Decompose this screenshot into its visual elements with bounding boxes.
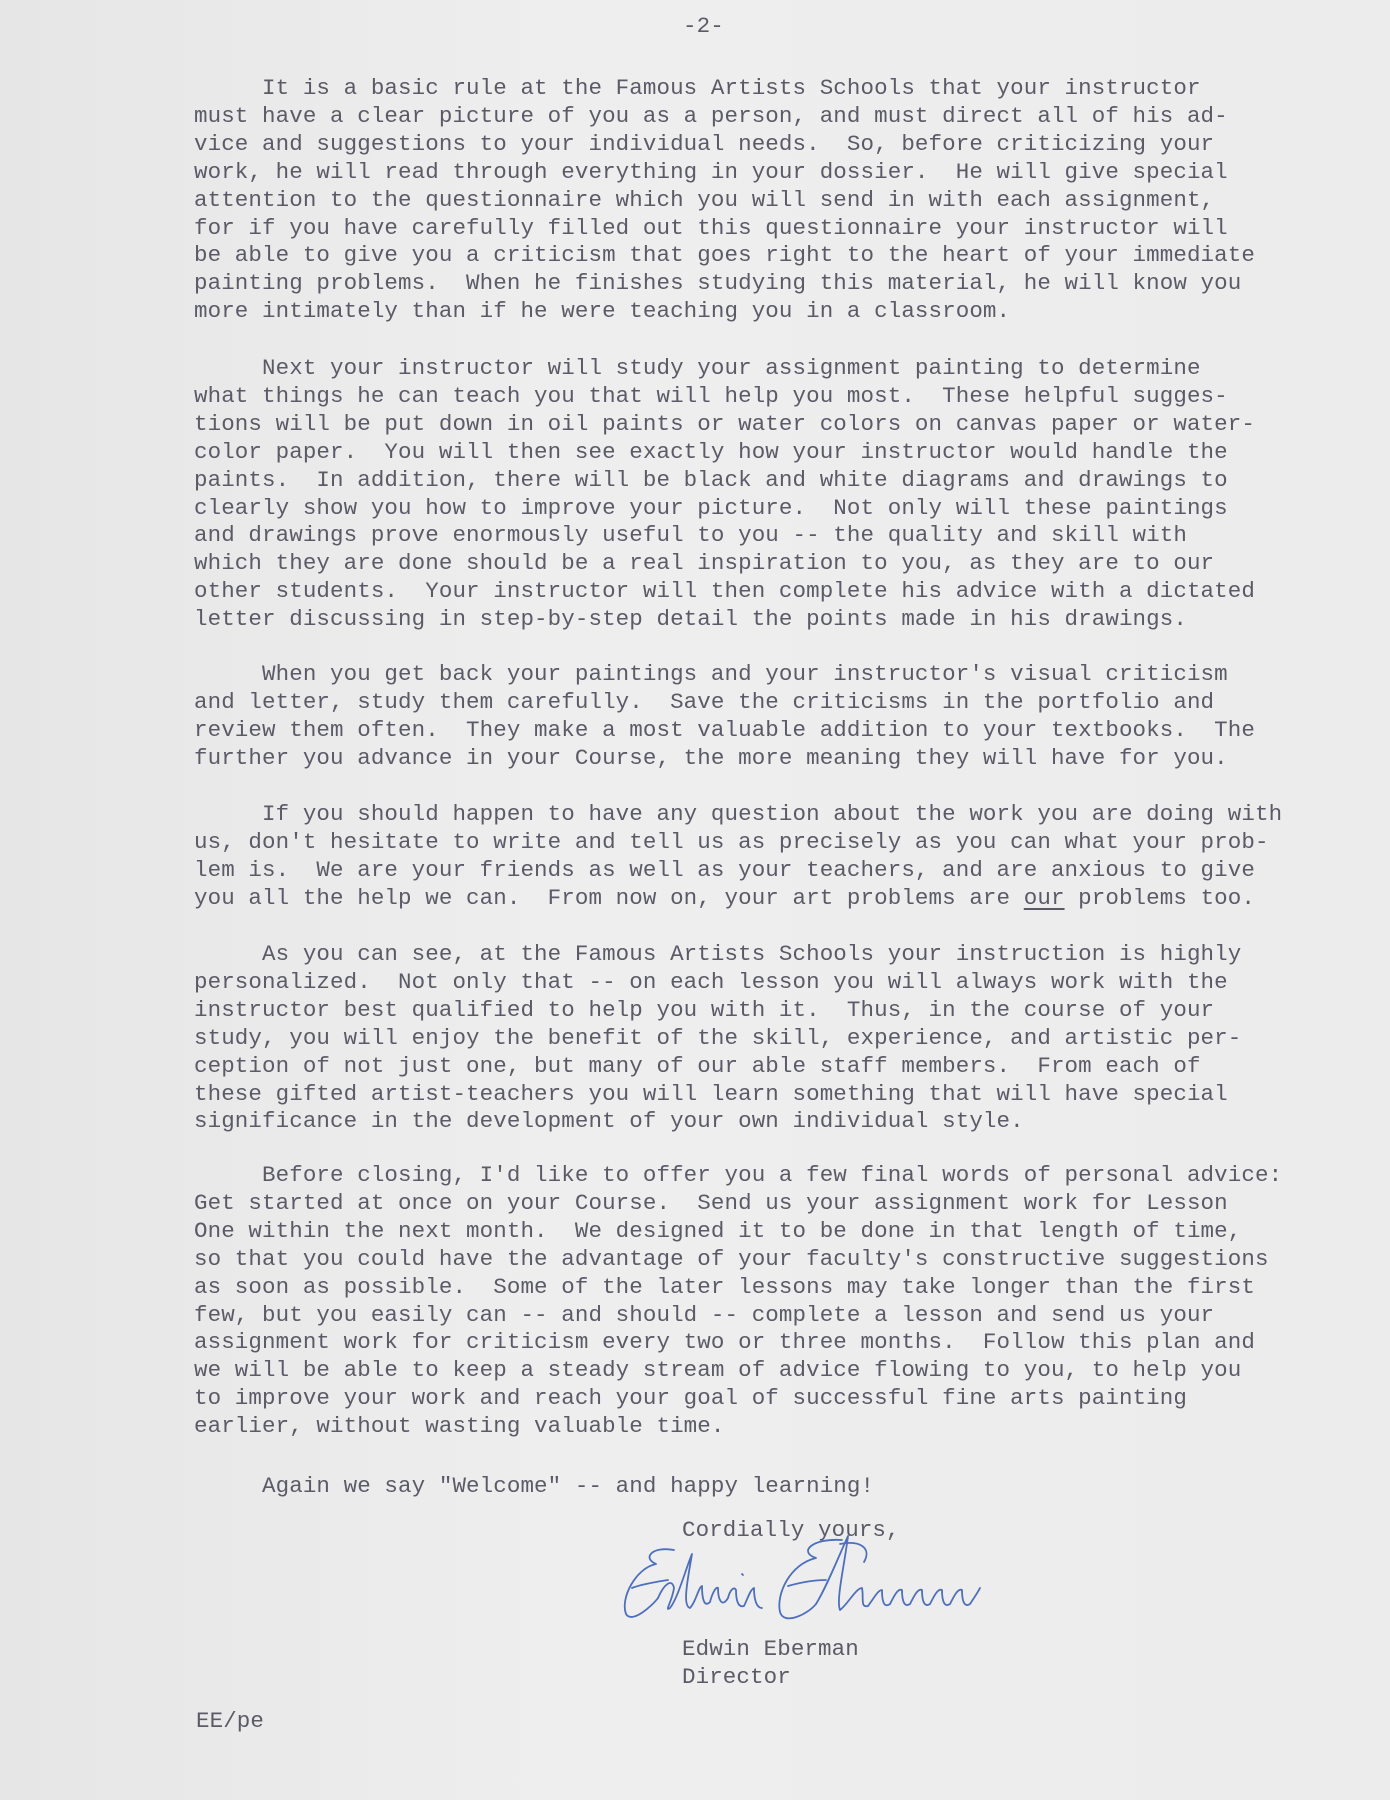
signer-title: Director	[682, 1663, 791, 1691]
text-line: what things he can teach you that will h…	[194, 382, 1228, 410]
text-line: Before closing, I'd like to offer you a …	[194, 1161, 1282, 1189]
text-line: which they are done should be a real ins…	[194, 549, 1214, 577]
text-line: few, but you easily can -- and should --…	[194, 1301, 1214, 1329]
text-line: assignment work for criticism every two …	[194, 1328, 1255, 1356]
underlined-emphasis: our	[1024, 885, 1065, 911]
text-line: When you get back your paintings and you…	[194, 660, 1228, 688]
text-line: Get started at once on your Course. Send…	[194, 1189, 1228, 1217]
text-line: ception of not just one, but many of our…	[194, 1052, 1201, 1080]
text-line: color paper. You will then see exactly h…	[194, 438, 1228, 466]
text-line: other students. Your instructor will the…	[194, 577, 1255, 605]
text-line: personalized. Not only that -- on each l…	[194, 968, 1228, 996]
text-line: vice and suggestions to your individual …	[194, 130, 1214, 158]
text-line: these gifted artist-teachers you will le…	[194, 1080, 1228, 1108]
text-line: more intimately than if he were teaching…	[194, 297, 1010, 325]
text-line: must have a clear picture of you as a pe…	[194, 102, 1228, 130]
text-line: further you advance in your Course, the …	[194, 744, 1228, 772]
text-line: study, you will enjoy the benefit of the…	[194, 1024, 1241, 1052]
reference-initials: EE/pe	[196, 1707, 264, 1735]
text-line: and drawings prove enormously useful to …	[194, 521, 1187, 549]
text-line: for if you have carefully filled out thi…	[194, 214, 1228, 242]
text-line: so that you could have the advantage of …	[194, 1245, 1269, 1273]
text-line: letter discussing in step-by-step detail…	[194, 605, 1187, 633]
letter-page: -2- It is a basic rule at the Famous Art…	[0, 0, 1390, 1800]
text-line: work, he will read through everything in…	[194, 158, 1228, 186]
text-line: we will be able to keep a steady stream …	[194, 1356, 1241, 1384]
text-line: instructor best qualified to help you wi…	[194, 996, 1214, 1024]
text-line: as soon as possible. Some of the later l…	[194, 1273, 1255, 1301]
text-line: tions will be put down in oil paints or …	[194, 410, 1255, 438]
text-line: earlier, without wasting valuable time.	[194, 1412, 725, 1440]
text-line: be able to give you a criticism that goe…	[194, 241, 1255, 269]
text-line: Next your instructor will study your ass…	[194, 354, 1201, 382]
closing-line: Again we say "Welcome" -- and happy lear…	[194, 1472, 874, 1500]
text-line: to improve your work and reach your goal…	[194, 1384, 1187, 1412]
text-line: and letter, study them carefully. Save t…	[194, 688, 1214, 716]
typed-name: Edwin Eberman	[682, 1635, 859, 1663]
text-line: you all the help we can. From now on, yo…	[194, 884, 1255, 912]
text-line: us, don't hesitate to write and tell us …	[194, 828, 1269, 856]
text-line: significance in the development of your …	[194, 1107, 1024, 1135]
text-line: painting problems. When he finishes stud…	[194, 269, 1241, 297]
text-line: attention to the questionnaire which you…	[194, 186, 1214, 214]
text-line: clearly show you how to improve your pic…	[194, 494, 1228, 522]
text-line: If you should happen to have any questio…	[194, 800, 1282, 828]
text-line: One within the next month. We designed i…	[194, 1217, 1241, 1245]
text-line: It is a basic rule at the Famous Artists…	[194, 74, 1201, 102]
text-line: review them often. They make a most valu…	[194, 716, 1255, 744]
text-line: lem is. We are your friends as well as y…	[194, 856, 1255, 884]
page-number: -2-	[683, 12, 724, 40]
handwritten-signature	[612, 1528, 992, 1628]
text-line: As you can see, at the Famous Artists Sc…	[194, 940, 1241, 968]
text-line: paints. In addition, there will be black…	[194, 466, 1228, 494]
